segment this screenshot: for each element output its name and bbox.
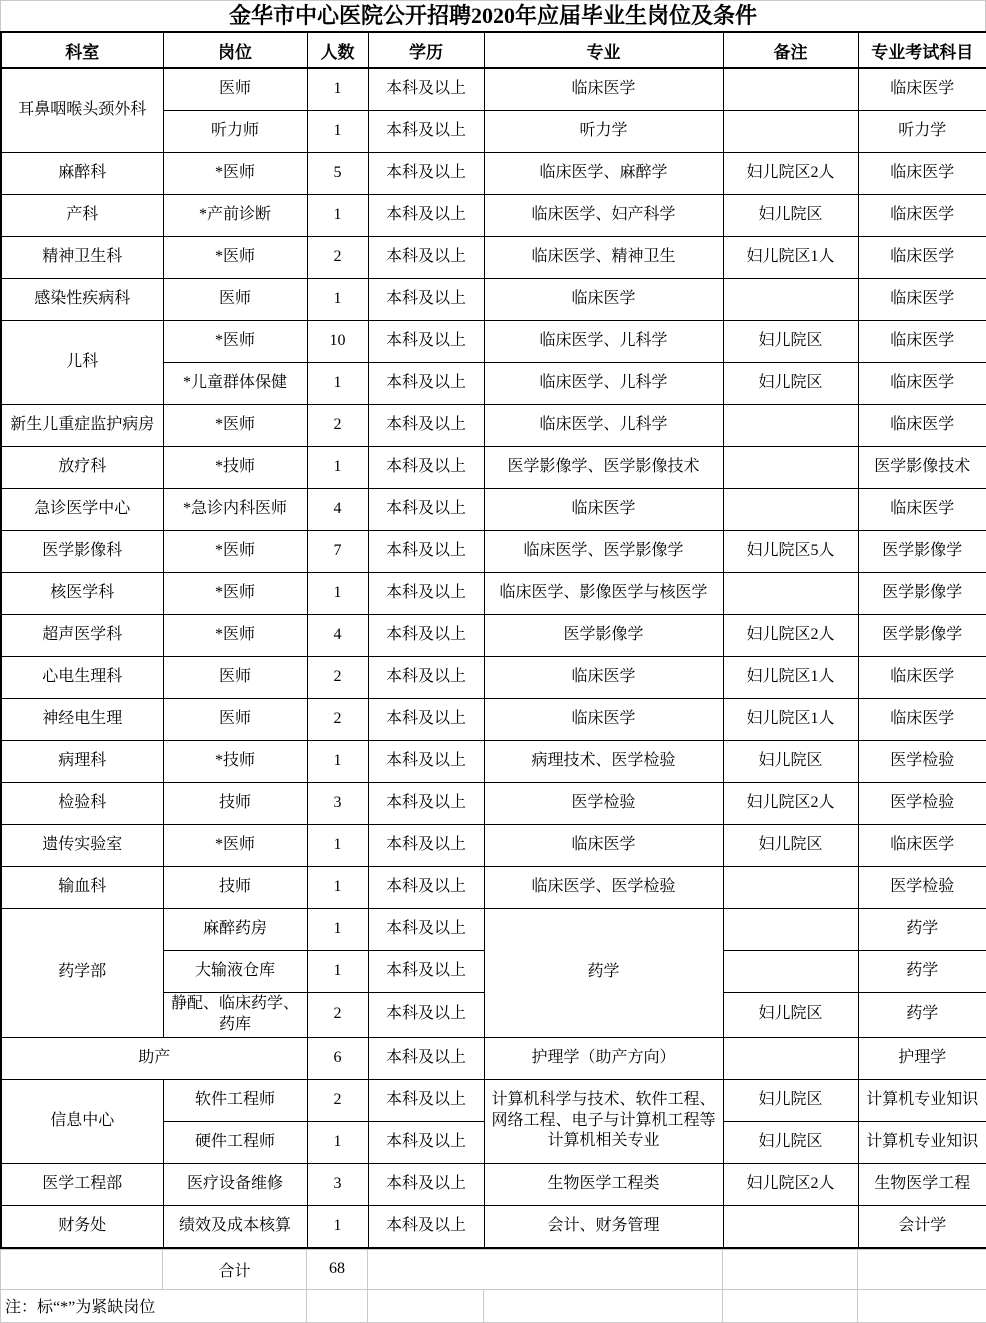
table-cell: 护理学 [858,1037,986,1079]
empty-cell [484,1289,723,1322]
empty-cell [858,1249,986,1289]
table-cell: 医学检验 [858,783,986,825]
table-row: 急诊医学中心*急诊内科医师4本科及以上临床医学临床医学 [1,489,986,531]
table-row: 产科*产前诊断1本科及以上临床医学、妇产科学妇儿院区临床医学 [1,195,986,237]
table-row: 感染性疾病科医师1本科及以上临床医学临床医学 [1,279,986,321]
table-cell: 生物医学工程类 [484,1163,723,1205]
table-cell: 医学影像学 [484,615,723,657]
table-cell: 临床医学、麻醉学 [484,153,723,195]
table-cell: 本科及以上 [368,867,484,909]
table-cell: 7 [307,531,368,573]
table-cell: 医学工程部 [1,1163,163,1205]
table-cell: 医学影像科 [1,531,163,573]
table-cell: 本科及以上 [368,573,484,615]
table-cell: 本科及以上 [368,489,484,531]
table-cell: 医学检验 [858,741,986,783]
table-cell: 药学 [858,951,986,993]
table-cell: 心电生理科 [1,657,163,699]
table-cell: 药学部 [1,909,163,1038]
table-cell: 10 [307,321,368,363]
table-cell: 1 [307,363,368,405]
table-cell: 临床医学 [484,825,723,867]
table-cell: 大输液仓库 [163,951,307,993]
table-cell: *医师 [163,825,307,867]
table-cell: 本科及以上 [368,783,484,825]
table-cell: 医疗设备维修 [163,1163,307,1205]
table-row: 放疗科*技师1本科及以上医学影像学、医学影像技术医学影像技术 [1,447,986,489]
table-cell: 麻醉科 [1,153,163,195]
column-header: 备注 [723,32,858,68]
table-cell: 临床医学 [484,699,723,741]
note-row: 注：标“*”为紧缺岗位 [1,1289,986,1322]
table-cell: 临床医学 [858,405,986,447]
table-cell: 医学影像技术 [858,447,986,489]
table-cell: 听力学 [858,111,986,153]
table-cell: 妇儿院区 [723,195,858,237]
table-cell: 绩效及成本核算 [163,1205,307,1248]
table-cell: 临床医学、医学检验 [484,867,723,909]
table-cell: 妇儿院区2人 [723,615,858,657]
table-cell: 临床医学 [858,489,986,531]
table-cell: 本科及以上 [368,993,484,1038]
table-cell: *医师 [163,405,307,447]
table-cell: 1 [307,1205,368,1248]
table-row: 财务处绩效及成本核算1本科及以上会计、财务管理会计学 [1,1205,986,1248]
column-header: 科室 [1,32,163,68]
column-header: 专业 [484,32,723,68]
table-cell: 1 [307,951,368,993]
table-cell: 输血科 [1,867,163,909]
total-count-cell: 68 [307,1249,368,1289]
table-cell: 计算机专业知识 [858,1079,986,1121]
table-cell: 2 [307,993,368,1038]
page-title: 金华市中心医院公开招聘2020年应届毕业生岗位及条件 [0,0,986,31]
table-cell: 硬件工程师 [163,1121,307,1163]
table-cell: 超声医学科 [1,615,163,657]
table-cell: 新生儿重症监护病房 [1,405,163,447]
table-row: 药学部麻醉药房1本科及以上药学药学 [1,909,986,951]
table-cell [723,573,858,615]
table-cell: 医学影像学 [858,615,986,657]
table-cell: 临床医学、影像医学与核医学 [484,573,723,615]
table-cell: *儿童群体保健 [163,363,307,405]
table-cell: 临床医学、医学影像学 [484,531,723,573]
table-cell: 本科及以上 [368,363,484,405]
table-cell: 医师 [163,279,307,321]
empty-cell [858,1289,986,1322]
table-cell: 妇儿院区1人 [723,237,858,279]
table-cell: *技师 [163,447,307,489]
summary-table: 合计 68 注：标“*”为紧缺岗位 [0,1249,986,1323]
table-cell: 本科及以上 [368,405,484,447]
column-header: 学历 [368,32,484,68]
table-cell: 财务处 [1,1205,163,1248]
table-cell: 临床医学 [858,363,986,405]
table-cell: 临床医学 [484,489,723,531]
table-cell: 临床医学 [484,68,723,111]
column-header: 专业考试科目 [858,32,986,68]
table-cell: 麻醉药房 [163,909,307,951]
recruitment-document: 金华市中心医院公开招聘2020年应届毕业生岗位及条件 科室岗位人数学历专业备注专… [0,0,986,1323]
table-header-row: 科室岗位人数学历专业备注专业考试科目 [1,32,986,68]
table-cell: 临床医学、妇产科学 [484,195,723,237]
table-cell: 本科及以上 [368,447,484,489]
table-cell: 2 [307,237,368,279]
table-cell: 妇儿院区 [723,363,858,405]
table-cell: 药学 [484,909,723,1038]
table-cell: 临床医学、儿科学 [484,363,723,405]
table-cell: 5 [307,153,368,195]
table-cell: 临床医学 [858,321,986,363]
table-cell: 临床医学、儿科学 [484,405,723,447]
table-cell: 听力师 [163,111,307,153]
table-cell: 临床医学 [858,153,986,195]
table-cell: 临床医学 [858,279,986,321]
table-cell: 临床医学 [484,657,723,699]
table-cell: 2 [307,699,368,741]
table-row: 精神卫生科*医师2本科及以上临床医学、精神卫生妇儿院区1人临床医学 [1,237,986,279]
table-cell: 本科及以上 [368,279,484,321]
table-cell: 产科 [1,195,163,237]
table-cell: 本科及以上 [368,1163,484,1205]
table-cell: 本科及以上 [368,1205,484,1248]
table-cell: 妇儿院区2人 [723,1163,858,1205]
table-cell: 医学检验 [858,867,986,909]
table-cell: 临床医学 [858,68,986,111]
empty-cell [1,1249,163,1289]
table-cell [723,447,858,489]
table-cell: 技师 [163,783,307,825]
table-cell [723,867,858,909]
column-header: 岗位 [163,32,307,68]
table-cell: 医师 [163,699,307,741]
table-cell: 医学影像学 [858,531,986,573]
table-cell: 1 [307,573,368,615]
table-body: 耳鼻咽喉头颈外科医师1本科及以上临床医学临床医学听力师1本科及以上听力学听力学麻… [1,68,986,1248]
table-cell [723,1037,858,1079]
empty-cell [368,1249,723,1289]
table-cell: 感染性疾病科 [1,279,163,321]
table-cell: 3 [307,1163,368,1205]
table-row: 助产6本科及以上护理学（助产方向）护理学 [1,1037,986,1079]
empty-cell [307,1289,368,1322]
table-cell: 医学影像学 [858,573,986,615]
table-cell: *医师 [163,573,307,615]
table-cell: 4 [307,615,368,657]
table-cell: 本科及以上 [368,237,484,279]
table-cell: *急诊内科医师 [163,489,307,531]
table-cell: 生物医学工程 [858,1163,986,1205]
table-cell: 精神卫生科 [1,237,163,279]
table-row: 耳鼻咽喉头颈外科医师1本科及以上临床医学临床医学 [1,68,986,111]
table-cell: 临床医学 [858,699,986,741]
table-cell: 本科及以上 [368,615,484,657]
table-cell: 放疗科 [1,447,163,489]
table-cell: 本科及以上 [368,321,484,363]
table-cell: *医师 [163,237,307,279]
table-cell: 本科及以上 [368,1037,484,1079]
table-cell: 助产 [1,1037,307,1079]
empty-cell [723,1249,858,1289]
table-cell: 会计、财务管理 [484,1205,723,1248]
table-cell: 药学 [858,909,986,951]
table-cell: 急诊医学中心 [1,489,163,531]
table-cell: 医师 [163,657,307,699]
table-cell: *技师 [163,741,307,783]
table-cell: 计算机科学与技术、软件工程、网络工程、电子与计算机工程等计算机相关专业 [484,1079,723,1163]
table-row: 麻醉科*医师5本科及以上临床医学、麻醉学妇儿院区2人临床医学 [1,153,986,195]
table-cell: 遗传实验室 [1,825,163,867]
table-cell: 本科及以上 [368,1121,484,1163]
table-cell: 2 [307,1079,368,1121]
table-cell: 临床医学 [484,279,723,321]
table-row: 新生儿重症监护病房*医师2本科及以上临床医学、儿科学临床医学 [1,405,986,447]
table-cell: 神经电生理 [1,699,163,741]
column-header: 人数 [307,32,368,68]
table-cell [723,489,858,531]
table-cell: 医学检验 [484,783,723,825]
table-cell: 技师 [163,867,307,909]
table-cell: 妇儿院区 [723,1121,858,1163]
table-row: 信息中心软件工程师2本科及以上计算机科学与技术、软件工程、网络工程、电子与计算机… [1,1079,986,1121]
table-cell: 本科及以上 [368,657,484,699]
table-cell: 临床医学 [858,657,986,699]
table-cell: 病理技术、医学检验 [484,741,723,783]
table-cell: 静配、临床药学、药库 [163,993,307,1038]
table-cell: 1 [307,111,368,153]
table-cell: 妇儿院区 [723,825,858,867]
table-cell: 软件工程师 [163,1079,307,1121]
table-cell: 本科及以上 [368,909,484,951]
table-cell: 听力学 [484,111,723,153]
table-row: 医学工程部医疗设备维修3本科及以上生物医学工程类妇儿院区2人生物医学工程 [1,1163,986,1205]
table-cell [723,951,858,993]
table-cell: 临床医学 [858,195,986,237]
table-cell: 医学影像学、医学影像技术 [484,447,723,489]
table-cell [723,1205,858,1248]
table-cell: 信息中心 [1,1079,163,1163]
table-cell: 病理科 [1,741,163,783]
table-row: 神经电生理医师2本科及以上临床医学妇儿院区1人临床医学 [1,699,986,741]
table-cell: 本科及以上 [368,741,484,783]
table-cell: 药学 [858,993,986,1038]
table-cell: 妇儿院区1人 [723,657,858,699]
table-row: 病理科*技师1本科及以上病理技术、医学检验妇儿院区医学检验 [1,741,986,783]
table-cell: *医师 [163,153,307,195]
table-row: 医学影像科*医师7本科及以上临床医学、医学影像学妇儿院区5人医学影像学 [1,531,986,573]
table-cell: 耳鼻咽喉头颈外科 [1,68,163,153]
table-cell: 本科及以上 [368,825,484,867]
table-cell: 会计学 [858,1205,986,1248]
table-cell: 妇儿院区 [723,741,858,783]
table-row: 超声医学科*医师4本科及以上医学影像学妇儿院区2人医学影像学 [1,615,986,657]
table-row: 核医学科*医师1本科及以上临床医学、影像医学与核医学医学影像学 [1,573,986,615]
table-cell: 本科及以上 [368,1079,484,1121]
table-cell: 检验科 [1,783,163,825]
table-cell: 1 [307,1121,368,1163]
table-cell: 临床医学、精神卫生 [484,237,723,279]
note-cell: 注：标“*”为紧缺岗位 [1,1289,307,1322]
recruitment-table: 科室岗位人数学历专业备注专业考试科目 耳鼻咽喉头颈外科医师1本科及以上临床医学临… [0,31,986,1249]
table-cell: 1 [307,195,368,237]
table-cell: 本科及以上 [368,699,484,741]
table-cell: 本科及以上 [368,531,484,573]
table-cell: 1 [307,825,368,867]
table-row: 检验科技师3本科及以上医学检验妇儿院区2人医学检验 [1,783,986,825]
table-cell: 1 [307,909,368,951]
table-row: 儿科*医师10本科及以上临床医学、儿科学妇儿院区临床医学 [1,321,986,363]
table-cell: 本科及以上 [368,111,484,153]
empty-cell [723,1289,858,1322]
table-cell: 妇儿院区2人 [723,783,858,825]
table-cell: 本科及以上 [368,951,484,993]
table-cell: 核医学科 [1,573,163,615]
total-label-cell: 合计 [163,1249,307,1289]
table-cell: 妇儿院区1人 [723,699,858,741]
table-cell: 护理学（助产方向） [484,1037,723,1079]
table-cell: 3 [307,783,368,825]
table-cell: 妇儿院区5人 [723,531,858,573]
table-cell: 1 [307,741,368,783]
table-cell: 计算机专业知识 [858,1121,986,1163]
table-cell: *产前诊断 [163,195,307,237]
table-cell: 1 [307,867,368,909]
table-row: 输血科技师1本科及以上临床医学、医学检验医学检验 [1,867,986,909]
table-cell: *医师 [163,321,307,363]
table-cell: 妇儿院区 [723,993,858,1038]
table-cell: 临床医学 [858,237,986,279]
table-cell [723,68,858,111]
table-row: 心电生理科医师2本科及以上临床医学妇儿院区1人临床医学 [1,657,986,699]
table-cell [723,111,858,153]
table-cell: 1 [307,279,368,321]
table-cell: 2 [307,405,368,447]
table-cell: 儿科 [1,321,163,405]
table-cell: 本科及以上 [368,153,484,195]
table-cell: *医师 [163,615,307,657]
table-cell: 医师 [163,68,307,111]
table-cell: *医师 [163,531,307,573]
table-cell: 6 [307,1037,368,1079]
table-cell: 妇儿院区 [723,321,858,363]
table-cell [723,279,858,321]
table-cell: 妇儿院区2人 [723,153,858,195]
table-cell: 本科及以上 [368,68,484,111]
total-row: 合计 68 [1,1249,986,1289]
table-cell: 妇儿院区 [723,1079,858,1121]
table-cell [723,405,858,447]
table-cell: 4 [307,489,368,531]
table-cell: 1 [307,447,368,489]
table-cell: 本科及以上 [368,195,484,237]
table-cell: 1 [307,68,368,111]
table-cell: 临床医学 [858,825,986,867]
table-cell: 2 [307,657,368,699]
table-cell [723,909,858,951]
empty-cell [368,1289,484,1322]
table-cell: 临床医学、儿科学 [484,321,723,363]
table-row: 遗传实验室*医师1本科及以上临床医学妇儿院区临床医学 [1,825,986,867]
